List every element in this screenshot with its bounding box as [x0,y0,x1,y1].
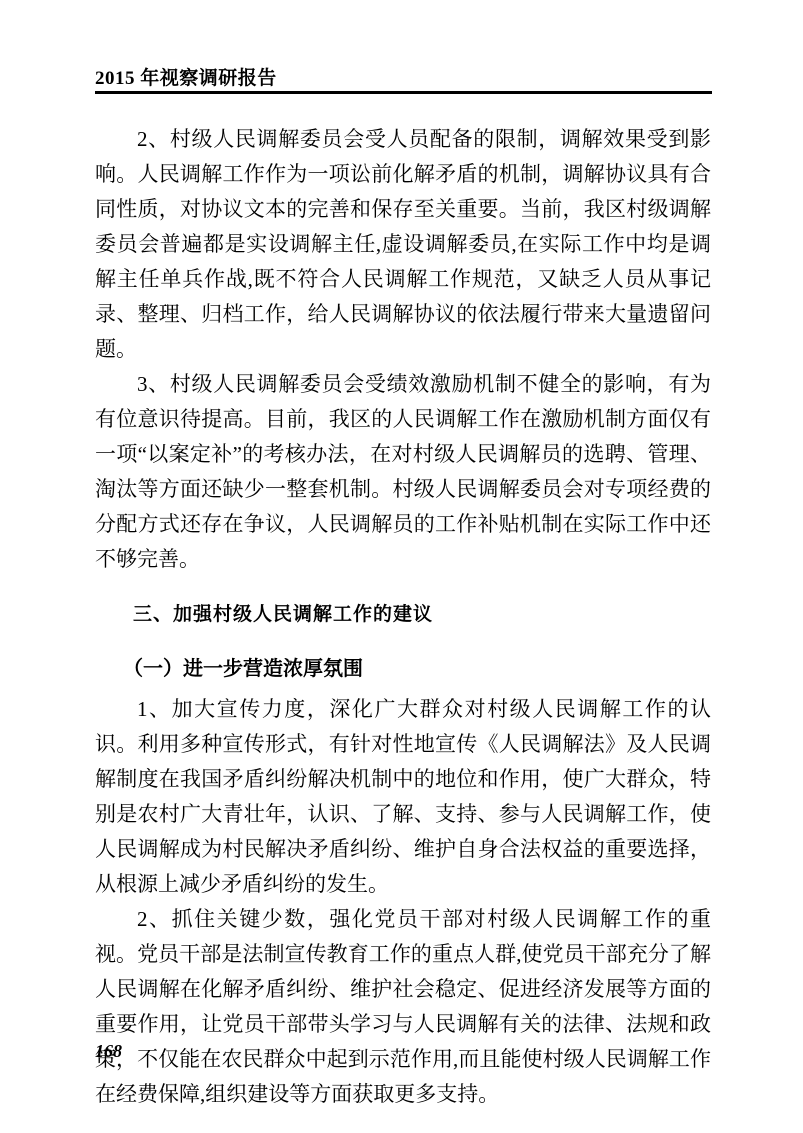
header-rule-divider [95,91,712,94]
body-paragraph-suggestion2: 2、抓住关键少数，强化党员干部对村级人民调解工作的重视。党员干部是法制宣传教育工… [95,902,711,1112]
running-header-title: 2015 年视察调研报告 [95,63,712,90]
body-paragraph-suggestion1: 1、加大宣传力度，深化广大群众对村级人民调解工作的认识。利用多种宣传形式，有针对… [95,692,711,902]
subsection-heading-one: （一）进一步营造浓厚氛围 [95,652,711,687]
document-page: 2015 年视察调研报告 2、村级人民调解委员会受人员配备的限制，调解效果受到影… [0,0,803,1133]
page-body: 2、村级人民调解委员会受人员配备的限制，调解效果受到影响。人民调解工作作为一项讼… [95,122,711,1112]
body-paragraph-point2: 2、村级人民调解委员会受人员配备的限制，调解效果受到影响。人民调解工作作为一项讼… [95,122,711,367]
body-paragraph-point3: 3、村级人民调解委员会受绩效激励机制不健全的影响，有为有位意识待提高。目前，我区… [95,367,711,577]
page-number: 168 [95,1041,122,1062]
section-heading-three: 三、加强村级人民调解工作的建议 [95,597,711,632]
